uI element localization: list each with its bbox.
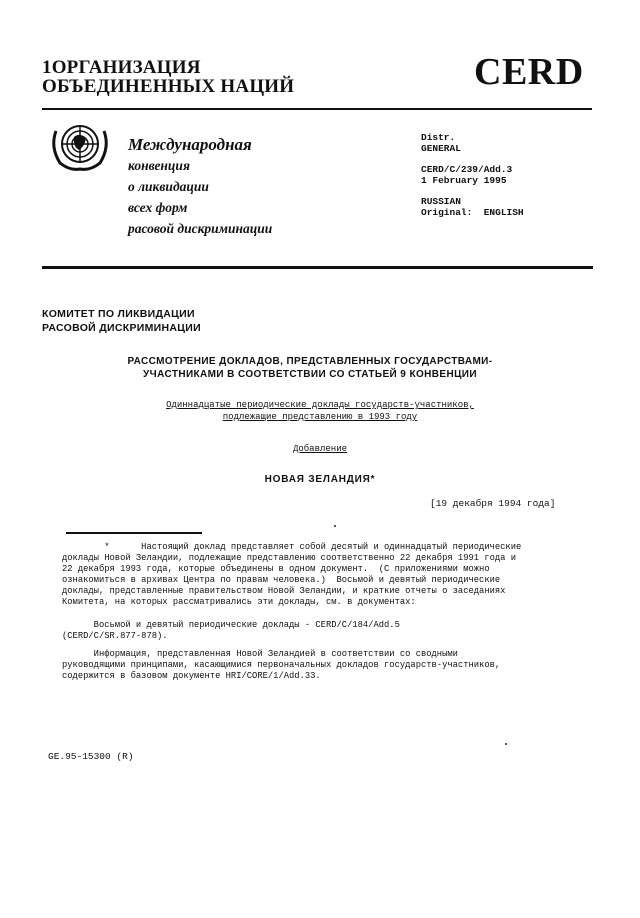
- scan-speck: [334, 525, 336, 527]
- convention-title: Международная конвенция о ликвидации все…: [128, 134, 272, 239]
- convention-line: всех форм: [128, 197, 272, 218]
- original-label: Original:: [421, 207, 472, 218]
- country-name: НОВАЯ ЗЕЛАНДИЯ*: [220, 473, 420, 486]
- scan-speck: [505, 743, 507, 745]
- committee-line-2: РАСОВОЙ ДИСКРИМИНАЦИИ: [42, 321, 201, 335]
- report-subtitle-line-2: подлежащие представлению в 1993 году: [90, 411, 550, 423]
- footnote-3: Информация, представленная Новой Зеланди…: [62, 649, 582, 682]
- report-subtitle-line-1: Одиннадцатые периодические доклады госуд…: [90, 399, 550, 411]
- distribution-value: GENERAL: [421, 144, 524, 155]
- agenda-title-line-2: УЧАСТНИКАМИ В СООТВЕТСТВИИ СО СТАТЬЕЙ 9 …: [80, 368, 540, 381]
- footnote-rule: [66, 532, 202, 534]
- original-value: ENGLISH: [484, 207, 524, 218]
- committee-name: КОМИТЕТ ПО ЛИКВИДАЦИИ РАСОВОЙ ДИСКРИМИНА…: [42, 307, 201, 335]
- report-subtitle: Одиннадцатые периодические доклады госуд…: [90, 399, 550, 423]
- report-date: [19 декабря 1994 года]: [430, 498, 555, 510]
- organization-line-1: 1ОРГАНИЗАЦИЯ: [42, 58, 294, 77]
- footnote-1: * Настоящий доклад представляет собой де…: [62, 542, 582, 608]
- convention-line: расовой дискриминации: [128, 218, 272, 239]
- document-symbol: CERD/C/239/Add.3: [421, 165, 524, 176]
- document-metadata: Distr. GENERAL CERD/C/239/Add.3 1 Februa…: [421, 133, 524, 218]
- header-rule: [42, 108, 592, 110]
- convention-line: Международная: [128, 134, 272, 155]
- section-rule: [42, 266, 593, 269]
- organization-line-2: ОБЪЕДИНЕННЫХ НАЦИЙ: [42, 77, 294, 96]
- distribution-label: Distr.: [421, 133, 524, 144]
- committee-line-1: КОМИТЕТ ПО ЛИКВИДАЦИИ: [42, 307, 201, 321]
- document-date: 1 February 1995: [421, 176, 524, 187]
- convention-line: конвенция: [128, 155, 272, 176]
- un-emblem-icon: [46, 117, 114, 173]
- footnote-2: Восьмой и девятый периодические доклады …: [62, 620, 582, 642]
- series-symbol: CERD: [474, 52, 584, 92]
- original-language: Original: ENGLISH: [421, 208, 524, 219]
- agenda-title: РАССМОТРЕНИЕ ДОКЛАДОВ, ПРЕДСТАВЛЕННЫХ ГО…: [80, 355, 540, 381]
- organization-name: 1ОРГАНИЗАЦИЯ ОБЪЕДИНЕННЫХ НАЦИЙ: [42, 58, 294, 96]
- agenda-title-line-1: РАССМОТРЕНИЕ ДОКЛАДОВ, ПРЕДСТАВЛЕННЫХ ГО…: [80, 355, 540, 368]
- addendum-label: Добавление: [240, 443, 400, 455]
- job-code: GE.95-15300 (R): [48, 751, 134, 763]
- convention-line: о ликвидации: [128, 176, 272, 197]
